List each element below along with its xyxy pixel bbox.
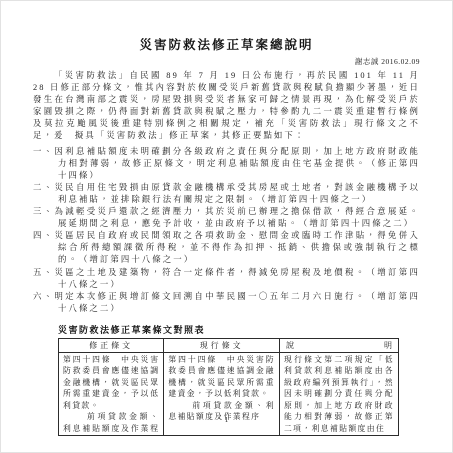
- cell-paragraph: 第四十四條 中央災害防救委員會應儘速協調金融機構，就災區民眾所需重建資金，予以低…: [63, 354, 159, 412]
- list-item-text: 明定本次修正與增訂條文回溯自中華民國一〇五年二月六日施行。（增訂第四十八條之二）: [55, 292, 420, 313]
- column-header-amended: 修正條文: [59, 338, 164, 352]
- list-item: 一、因利息補貼額度未明確劃分各級政府之責任與分配原則，加上地方政府財政能力相對薄…: [33, 146, 420, 182]
- cell-paragraph: 第四十四條 中央災害防救委員會應儘速協調金融機構，就災區民眾所需重建資金，予以低…: [168, 354, 275, 400]
- column-header-current: 現行條文: [164, 338, 280, 352]
- page-number: 1: [1, 416, 452, 424]
- list-item-text: 因利息補貼額度未明確劃分各級政府之責任與分配原則，加上地方政府財政能力相對薄弱，…: [55, 147, 420, 180]
- list-item-marker: 六、: [33, 292, 55, 301]
- list-item: 五、災區之土地及建築物，符合一定條件者，得減免房屋稅及地價稅。（增訂第四十八條之…: [33, 267, 420, 291]
- column-header-explanation: 說明: [279, 338, 398, 352]
- page-content: 災害防救法修正草案總說明 謝志誠 2016.02.09 「災害防救法」自民國 8…: [33, 35, 420, 436]
- list-item-marker: 五、: [33, 268, 55, 277]
- comparison-table-title: 災害防救法修正草案條文對照表: [58, 323, 420, 336]
- list-item-text: 災區之土地及建築物，符合一定條件者，得減免房屋稅及地價稅。（增訂第四十八條之一）: [55, 268, 420, 289]
- table-header-row: 修正條文 現行條文 說明: [59, 338, 399, 352]
- list-item-marker: 四、: [33, 231, 55, 240]
- list-item-text: 災區居民自政府或民間領取之各項救助金、慰問金或臨時工作津貼，得免併入綜合所得總額…: [55, 231, 420, 264]
- list-item: 四、災區居民自政府或民間領取之各項救助金、慰問金或臨時工作津貼，得免併入綜合所得…: [33, 230, 420, 266]
- list-item: 六、明定本次修正與增訂條文回溯自中華民國一〇五年二月六日施行。（增訂第四十八條之…: [33, 291, 420, 315]
- document-page: 災害防救法修正草案總說明 謝志誠 2016.02.09 「災害防救法」自民國 8…: [0, 0, 453, 453]
- list-item-text: 災民自用住宅毀損由原貸款金融機構承受其房屋或土地者，對該金融機構予以利息補貼，並…: [55, 183, 420, 204]
- list-item-marker: 二、: [33, 183, 55, 192]
- list-item-marker: 三、: [33, 207, 55, 216]
- list-item: 二、災民自用住宅毀損由原貸款金融機構承受其房屋或土地者，對該金融機構予以利息補貼…: [33, 182, 420, 206]
- list-item-marker: 一、: [33, 147, 55, 156]
- list-item-text: 為減輕受災戶還款之經濟壓力，其於災前已辦理之擔保借款，得經合意展延。展延期間之利…: [55, 207, 420, 228]
- amendment-points-list: 一、因利息補貼額度未明確劃分各級政府之責任與分配原則，加上地方政府財政能力相對薄…: [33, 146, 420, 315]
- intro-paragraph: 「災害防救法」自民國 89 年 7 月 19 日公布施行，再於民國 101 年 …: [33, 70, 420, 143]
- author-date-line: 謝志誠 2016.02.09: [33, 56, 420, 67]
- list-item: 三、為減輕受災戶還款之經濟壓力，其於災前已辦理之擔保借款，得經合意展延。展延期間…: [33, 206, 420, 230]
- document-title: 災害防救法修正草案總說明: [33, 35, 420, 53]
